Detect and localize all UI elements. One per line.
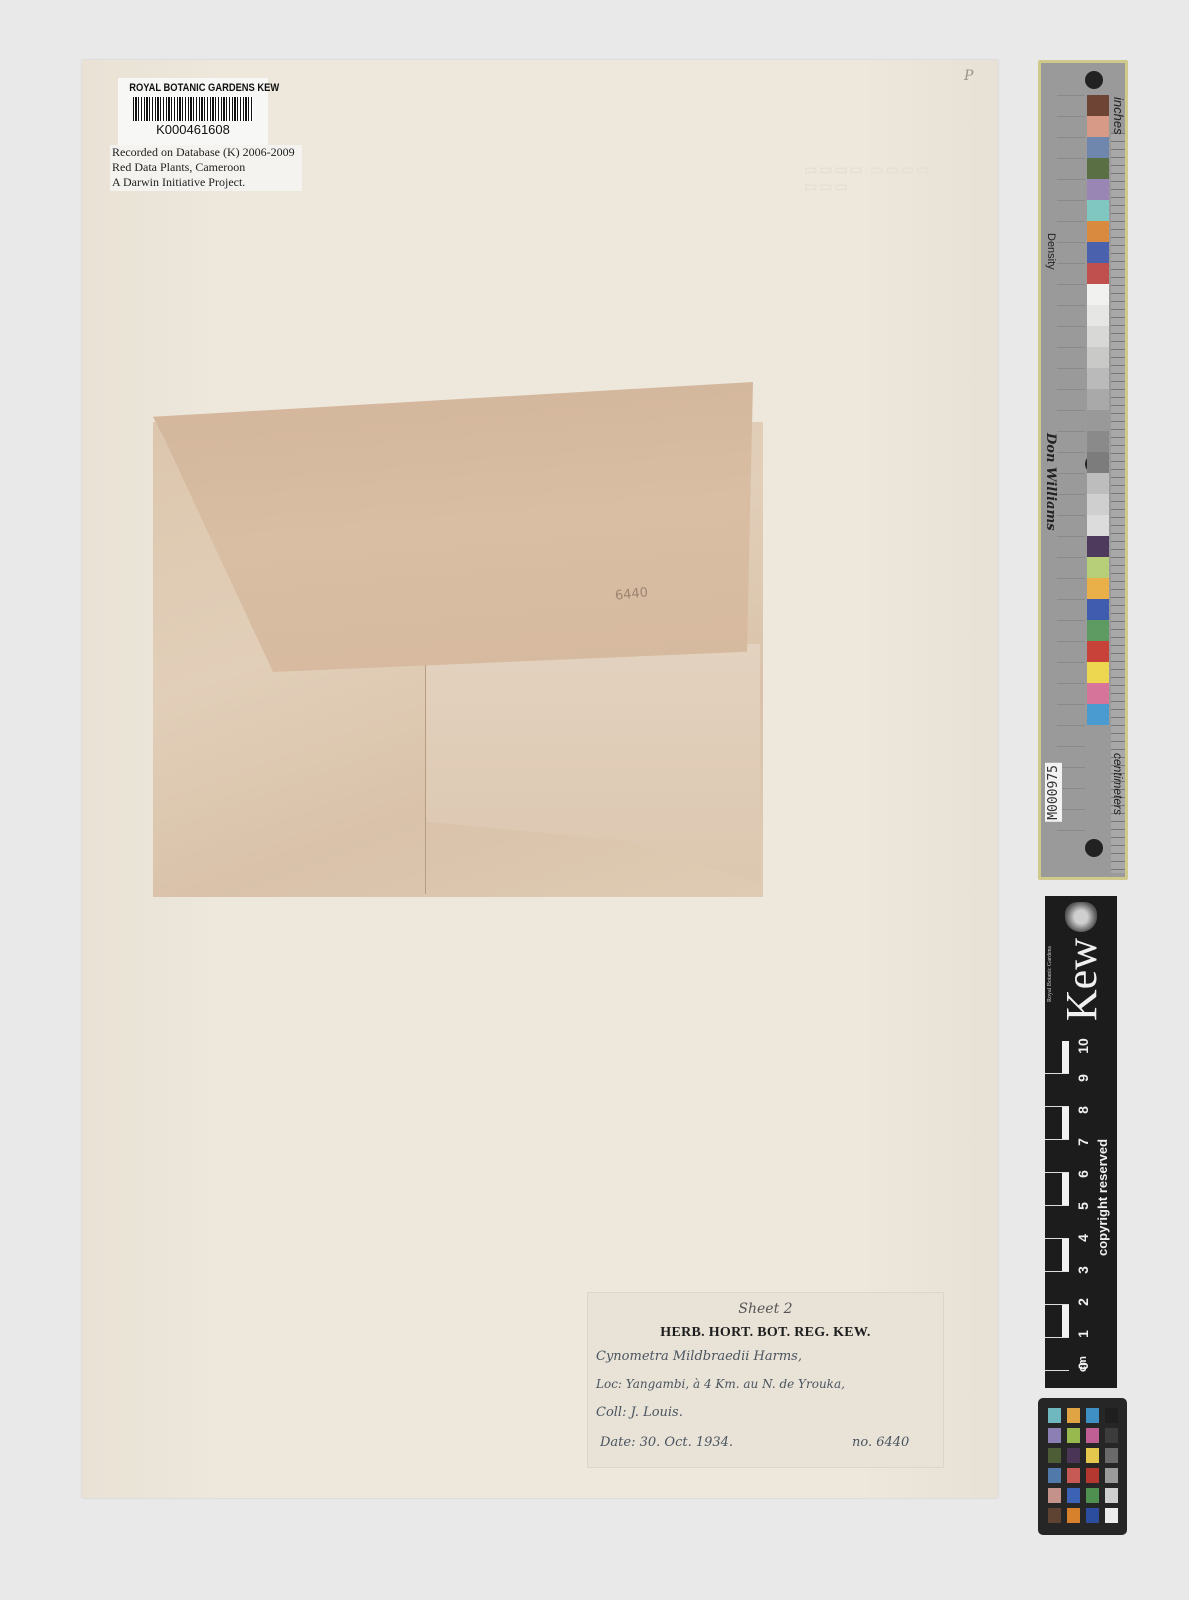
database-note-line: Red Data Plants, Cameroon — [112, 160, 302, 175]
collection-number: no. 6440 — [852, 1435, 909, 1450]
cm-tick-label: 8 — [1075, 1100, 1091, 1120]
color-swatch — [1087, 305, 1109, 326]
sheet-number: Sheet 2 — [588, 1301, 943, 1317]
kew-brand-subtitle: Royal Botanic Gardens — [1047, 946, 1053, 1002]
color-swatch — [1087, 263, 1109, 284]
color-patch — [1086, 1488, 1099, 1503]
color-patch — [1086, 1448, 1099, 1463]
color-swatch — [1087, 137, 1109, 158]
color-patch — [1067, 1428, 1080, 1443]
kew-cm-scale: Royal Botanic Gardens Kew 012345678910 c… — [1045, 896, 1117, 1388]
collector: Coll: J. Louis. — [596, 1405, 683, 1420]
taxon-name: Cynometra Mildbraedii Harms, — [596, 1349, 802, 1364]
centimeters-label: centimeters — [1111, 753, 1125, 815]
color-swatch — [1087, 368, 1109, 389]
ruler-hole-icon — [1085, 71, 1103, 89]
color-swatch — [1087, 200, 1109, 221]
cm-segment — [1045, 1041, 1069, 1074]
color-swatch — [1087, 494, 1109, 515]
color-patch — [1067, 1448, 1080, 1463]
database-note-line: A Darwin Initiative Project. — [112, 175, 302, 190]
color-swatch — [1087, 578, 1109, 599]
color-swatch — [1087, 452, 1109, 473]
color-patch — [1067, 1488, 1080, 1503]
color-patch — [1105, 1508, 1118, 1523]
color-density-ruler: inches Density Don Williams centimeters … — [1038, 60, 1128, 880]
cm-tick-label: 4 — [1075, 1228, 1091, 1248]
inches-label: inches — [1111, 97, 1126, 135]
kew-crest-icon — [1065, 902, 1097, 932]
brand-label: Don Williams — [1043, 433, 1058, 531]
cm-tick-label: 1 — [1075, 1324, 1091, 1344]
ruler-hole-icon — [1085, 839, 1103, 857]
institution-name: ROYAL BOTANIC GARDENS KEW — [129, 82, 257, 94]
corner-mark: P — [964, 68, 973, 84]
cm-segment — [1045, 1338, 1069, 1371]
kew-brand: Kew — [1057, 938, 1107, 1021]
color-swatch — [1087, 683, 1109, 704]
color-swatch — [1087, 515, 1109, 536]
cm-segment — [1045, 1272, 1069, 1305]
color-patch — [1105, 1428, 1118, 1443]
cm-segment — [1045, 1107, 1069, 1140]
color-swatch — [1087, 704, 1109, 725]
color-patch — [1048, 1488, 1061, 1503]
barcode-label: ROYAL BOTANIC GARDENS KEW K000461608 — [118, 78, 268, 146]
color-swatch — [1087, 284, 1109, 305]
color-swatch — [1087, 347, 1109, 368]
cm-bar — [1045, 1041, 1069, 1366]
cm-unit-label: cm — [1077, 1354, 1089, 1374]
density-table — [1057, 95, 1085, 835]
density-label: Density — [1045, 233, 1057, 270]
color-swatch — [1087, 158, 1109, 179]
color-swatch — [1087, 473, 1109, 494]
copyright-label: copyright reserved — [1095, 1036, 1110, 1256]
color-patch — [1067, 1408, 1080, 1423]
color-swatch — [1087, 95, 1109, 116]
color-patch — [1105, 1448, 1118, 1463]
locality: Loc: Yangambi, à 4 Km. au N. de Yrouka, — [596, 1377, 845, 1391]
color-swatch — [1087, 536, 1109, 557]
herbarium-header: HERB. HORT. BOT. REG. KEW. — [588, 1325, 943, 1341]
cm-segment — [1045, 1074, 1069, 1107]
cm-segment — [1045, 1140, 1069, 1173]
barcode-id: K000461608 — [118, 122, 268, 137]
cm-segment — [1045, 1173, 1069, 1206]
color-patch — [1048, 1448, 1061, 1463]
cm-tick-labels: 012345678910 — [1073, 1036, 1093, 1376]
cm-tick-label: 10 — [1075, 1036, 1091, 1056]
color-swatch — [1087, 242, 1109, 263]
color-swatch — [1087, 662, 1109, 683]
color-swatch — [1087, 389, 1109, 410]
cm-tick-label: 9 — [1075, 1068, 1091, 1088]
color-swatch — [1087, 326, 1109, 347]
color-swatch — [1087, 116, 1109, 137]
specimen-envelope: 6440 — [153, 382, 770, 897]
color-patch — [1086, 1408, 1099, 1423]
color-swatch — [1087, 557, 1109, 578]
cm-tick-label: 2 — [1075, 1292, 1091, 1312]
ruler-id: M000975 — [1045, 763, 1062, 822]
color-patch — [1067, 1468, 1080, 1483]
color-swatch-strip — [1087, 95, 1109, 725]
color-checker-grid — [1048, 1408, 1118, 1523]
collection-date: Date: 30. Oct. 1934. — [600, 1435, 733, 1450]
cm-segment — [1045, 1239, 1069, 1272]
color-checker-card — [1038, 1398, 1127, 1535]
color-swatch — [1087, 620, 1109, 641]
color-patch — [1067, 1508, 1080, 1523]
database-note-line: Recorded on Database (K) 2006-2009 — [112, 145, 302, 160]
envelope-fold-line — [425, 644, 426, 894]
color-swatch — [1087, 599, 1109, 620]
database-note: Recorded on Database (K) 2006-2009 Red D… — [110, 145, 302, 191]
color-swatch — [1087, 179, 1109, 200]
color-patch — [1105, 1468, 1118, 1483]
color-patch — [1048, 1508, 1061, 1523]
color-patch — [1105, 1408, 1118, 1423]
barcode-icon — [133, 97, 253, 121]
color-patch — [1048, 1408, 1061, 1423]
color-patch — [1086, 1468, 1099, 1483]
cm-segment — [1045, 1206, 1069, 1239]
cm-segment — [1045, 1305, 1069, 1338]
color-swatch — [1087, 431, 1109, 452]
color-patch — [1048, 1468, 1061, 1483]
color-swatch — [1087, 410, 1109, 431]
color-swatch — [1087, 641, 1109, 662]
color-patch — [1105, 1488, 1118, 1503]
color-patch — [1048, 1428, 1061, 1443]
determination-label: Sheet 2 HERB. HORT. BOT. REG. KEW. Cynom… — [587, 1292, 944, 1468]
cm-tick-label: 7 — [1075, 1132, 1091, 1152]
color-patch — [1086, 1428, 1099, 1443]
cm-tick-label: 6 — [1075, 1164, 1091, 1184]
color-patch — [1086, 1508, 1099, 1523]
color-swatch — [1087, 221, 1109, 242]
cm-tick-label: 3 — [1075, 1260, 1091, 1280]
cm-tick-label: 5 — [1075, 1196, 1091, 1216]
faint-stamp-imprint: ▭▭▭▭ ▭▭▭▭ ▭▭▭ — [804, 162, 944, 176]
